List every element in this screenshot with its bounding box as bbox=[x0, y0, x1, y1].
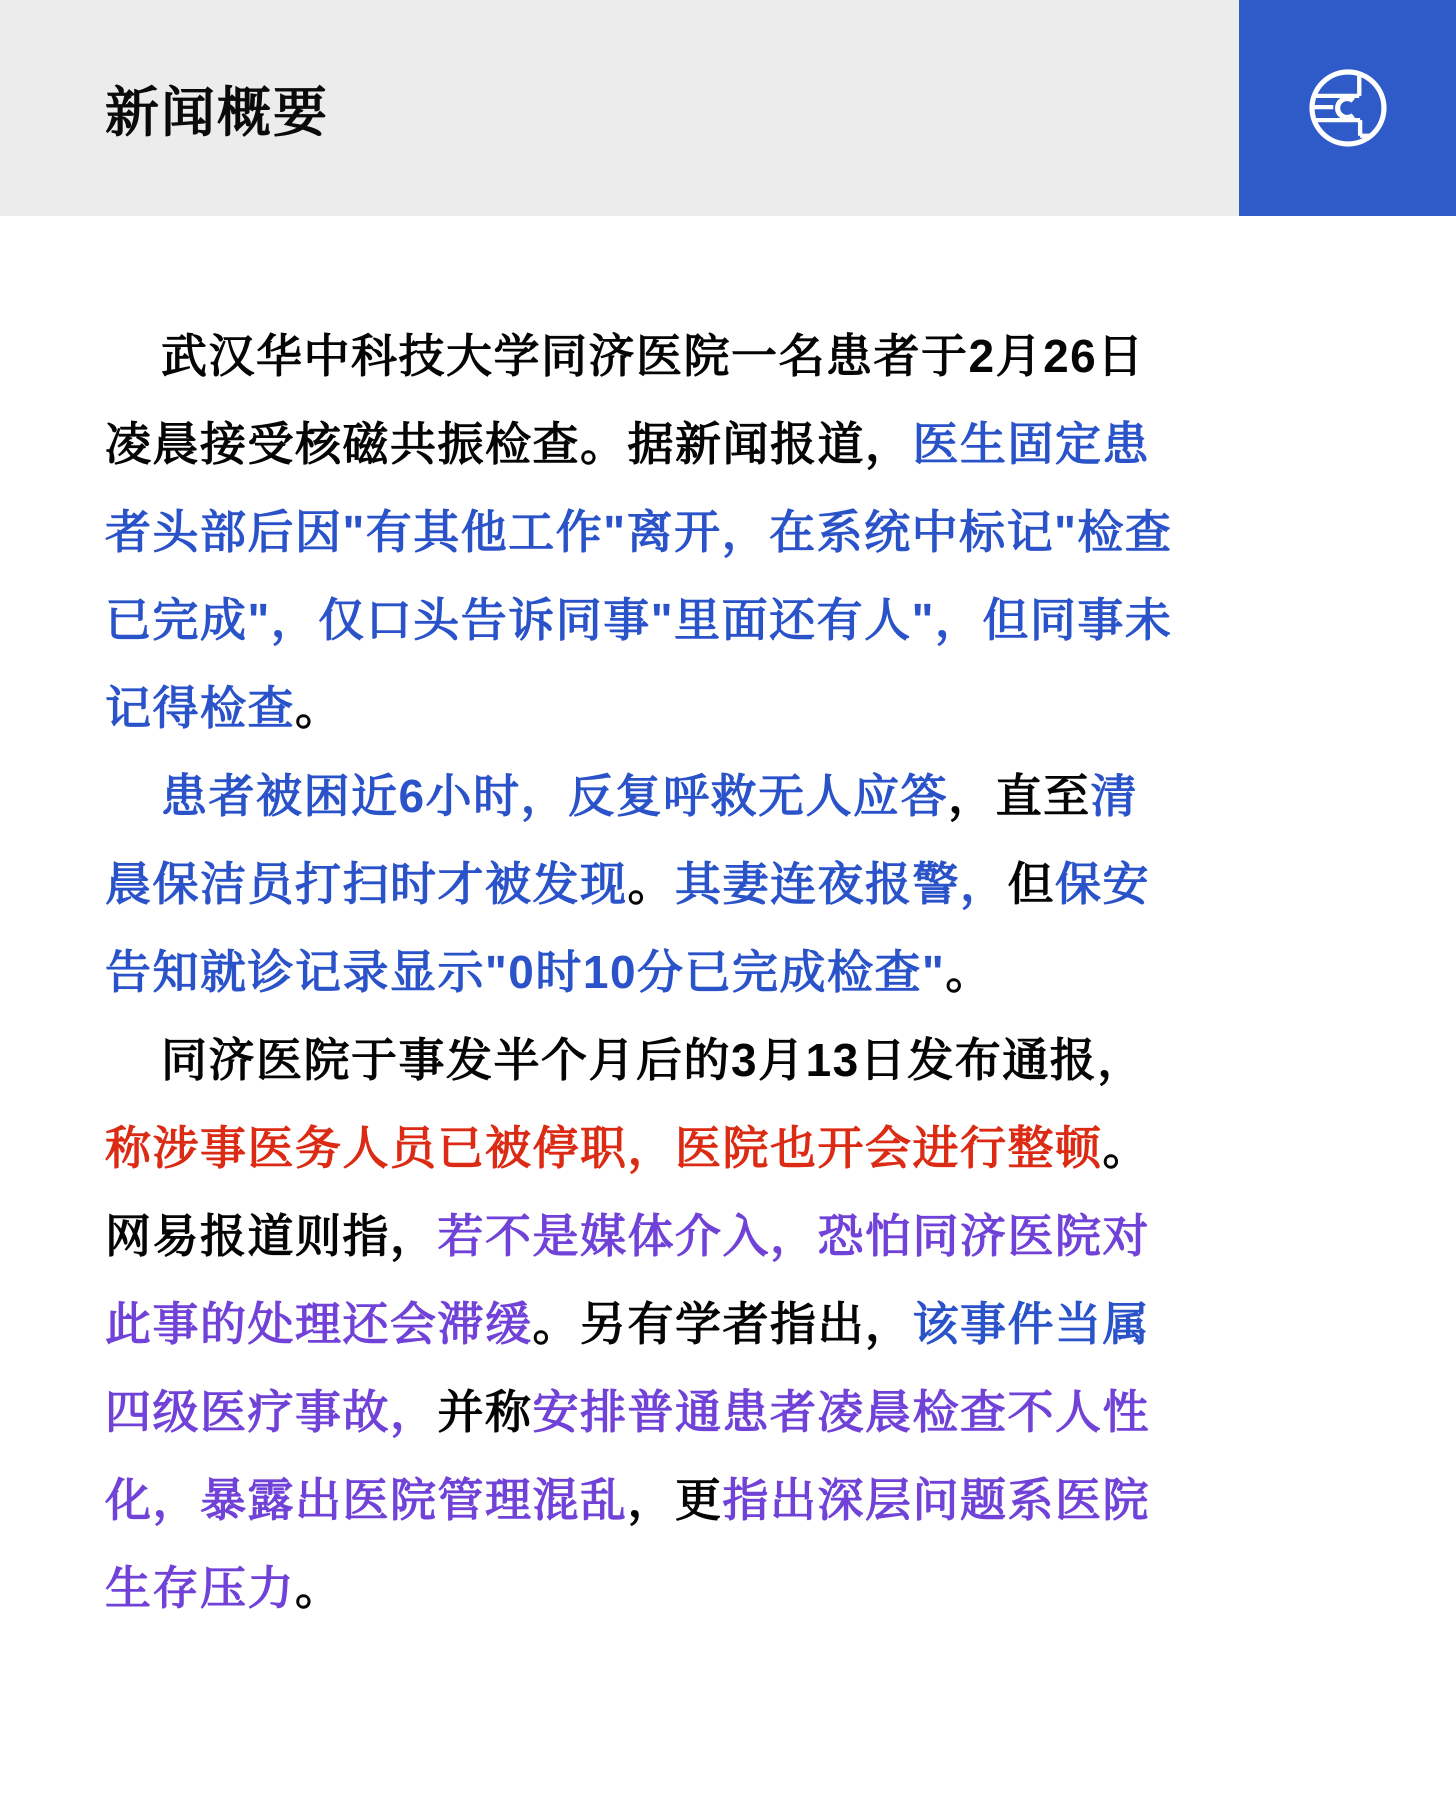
text-run-blue: 晨保洁员打扫时才被发现 bbox=[105, 858, 628, 910]
text-run-blue: 医生固定患 bbox=[913, 418, 1151, 470]
text-run-black: ，更 bbox=[628, 1474, 723, 1526]
text-line: 武汉华中科技大学同济医院一名患者于2月26日 bbox=[105, 312, 1366, 400]
text-run-black: 。另有学者指出， bbox=[533, 1298, 913, 1350]
text-line: 告知就诊记录显示"0时10分已完成检查"。 bbox=[105, 928, 1366, 1016]
text-run-blue: 其妻连夜报警， bbox=[675, 858, 1008, 910]
text-run-purple: 安排普通患者凌晨检查不人性 bbox=[533, 1386, 1151, 1438]
text-line: 晨保洁员打扫时才被发现。其妻连夜报警，但保安 bbox=[105, 840, 1366, 928]
text-line: 凌晨接受核磁共振检查。据新闻报道，医生固定患 bbox=[105, 400, 1366, 488]
header-bar: 新闻概要 bbox=[0, 0, 1456, 216]
text-run-purple: 此事的处理还会滞缓 bbox=[105, 1298, 533, 1350]
text-line: 已完成"，仅口头告诉同事"里面还有人"，但同事未 bbox=[105, 576, 1366, 664]
text-run-black: 并称 bbox=[438, 1386, 533, 1438]
text-run-blue: 者头部后因"有其他工作"离开，在系统中标记"检查 bbox=[105, 506, 1172, 558]
text-line: 称涉事医务人员已被停职，医院也开会进行整顿。 bbox=[105, 1104, 1366, 1192]
text-run-blue: 记得检查 bbox=[105, 682, 295, 734]
text-run-black: 。 bbox=[295, 682, 343, 734]
text-run-blue: 已完成"，仅口头告诉同事"里面还有人"，但同事未 bbox=[105, 594, 1172, 646]
text-run-purple: 指出深层问题系医院 bbox=[723, 1474, 1151, 1526]
text-run-black: 网易报道则指， bbox=[105, 1210, 438, 1262]
article-body: 武汉华中科技大学同济医院一名患者于2月26日凌晨接受核磁共振检查。据新闻报道，医… bbox=[0, 216, 1456, 1632]
text-line: 此事的处理还会滞缓。另有学者指出，该事件当属 bbox=[105, 1280, 1366, 1368]
text-run-black: 同济医院于事发半个月后的3月13日发布通报， bbox=[161, 1034, 1145, 1086]
news-summary-card: 新闻概要 bbox=[0, 0, 1456, 1820]
text-run-purple: 生存压力 bbox=[105, 1562, 295, 1614]
text-run-purple: 化，暴露出医院管理混乱 bbox=[105, 1474, 628, 1526]
brand-logo-box bbox=[1239, 0, 1456, 216]
text-run-black: 。 bbox=[945, 946, 993, 998]
text-run-black: ，直至 bbox=[948, 770, 1091, 822]
text-run-blue: 该事件当属 bbox=[913, 1298, 1151, 1350]
text-run-blue: 保安 bbox=[1055, 858, 1150, 910]
text-line: 记得检查。 bbox=[105, 664, 1366, 752]
text-run-black: 。 bbox=[628, 858, 676, 910]
text-line: 患者被困近6小时，反复呼救无人应答，直至清 bbox=[105, 752, 1366, 840]
circle-monogram-logo-icon bbox=[1309, 69, 1387, 147]
text-run-black: 但 bbox=[1008, 858, 1056, 910]
text-run-black: 。 bbox=[295, 1562, 343, 1614]
text-run-red: 称涉事医务人员已被停职，医院也开会进行整顿 bbox=[105, 1122, 1103, 1174]
text-line: 网易报道则指，若不是媒体介入，恐怕同济医院对 bbox=[105, 1192, 1366, 1280]
text-line: 者头部后因"有其他工作"离开，在系统中标记"检查 bbox=[105, 488, 1366, 576]
text-run-blue: 告知就诊记录显示"0时10分已完成检查" bbox=[105, 946, 945, 998]
page-title: 新闻概要 bbox=[0, 70, 329, 147]
text-line: 生存压力。 bbox=[105, 1544, 1366, 1632]
text-line: 四级医疗事故，并称安排普通患者凌晨检查不人性 bbox=[105, 1368, 1366, 1456]
text-line: 同济医院于事发半个月后的3月13日发布通报， bbox=[105, 1016, 1366, 1104]
text-run-blue: 患者被困近6小时，反复呼救无人应答 bbox=[161, 770, 948, 822]
text-run-black: 凌晨接受核磁共振检查。据新闻报道， bbox=[105, 418, 913, 470]
text-run-black: 武汉华中科技大学同济医院一名患者于2月26日 bbox=[161, 330, 1145, 382]
text-run-purple: 四级医疗事故， bbox=[105, 1386, 438, 1438]
text-line: 化，暴露出医院管理混乱，更指出深层问题系医院 bbox=[105, 1456, 1366, 1544]
text-run-blue: 清 bbox=[1091, 770, 1139, 822]
text-run-black: 。 bbox=[1103, 1122, 1151, 1174]
text-run-purple: 若不是媒体介入，恐怕同济医院对 bbox=[438, 1210, 1151, 1262]
